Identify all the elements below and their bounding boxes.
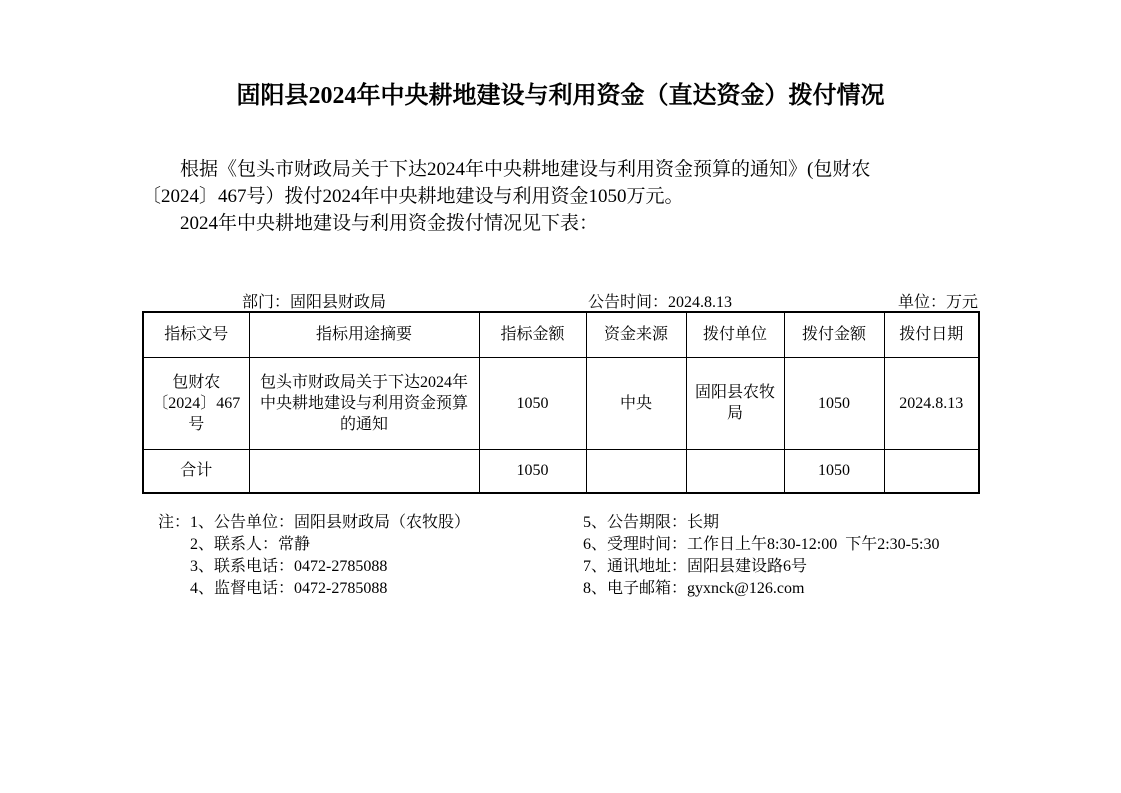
intro-paragraph-2: 2024年中央耕地建设与利用资金拨付情况见下表： <box>142 210 986 237</box>
note-office-hours: 6、受理时间：工作日上午8:30-12:00 下午2:30-5:30 <box>583 534 939 556</box>
header-indicator-doc-no: 指标文号 <box>143 312 249 357</box>
header-payment-amount: 拨付金额 <box>784 312 884 357</box>
cell-fund-source: 中央 <box>586 357 686 449</box>
meta-announce-time: 公告时间：2024.8.13 <box>588 289 732 312</box>
document-title: 固阳县2024年中央耕地建设与利用资金（直达资金）拨付情况 <box>0 80 1121 112</box>
total-fund-source <box>586 449 686 493</box>
total-payee-unit <box>686 449 784 493</box>
note-announce-unit: 1、公告单位：固阳县财政局（农牧股） <box>190 512 470 534</box>
notes-section: 注： 1、公告单位：固阳县财政局（农牧股） 2、联系人：常静 3、联系电话：04… <box>158 512 988 600</box>
total-payment-date <box>884 449 979 493</box>
notes-right-column: 5、公告期限：长期 6、受理时间：工作日上午8:30-12:00 下午2:30-… <box>583 512 939 600</box>
table-meta-row: 部门：固阳县财政局 公告时间：2024.8.13 单位：万元 <box>142 289 978 312</box>
note-mail-address: 7、通讯地址：固阳县建设路6号 <box>583 556 939 578</box>
notes-prefix: 注： <box>158 512 190 534</box>
meta-unit: 单位：万元 <box>898 289 978 312</box>
cell-payment-amount: 1050 <box>784 357 884 449</box>
cell-payment-date: 2024.8.13 <box>884 357 979 449</box>
total-payment-amount: 1050 <box>784 449 884 493</box>
cell-payee-unit: 固阳县农牧局 <box>686 357 784 449</box>
meta-department: 部门：固阳县财政局 <box>242 289 386 312</box>
table-header-row: 指标文号 指标用途摘要 指标金额 资金来源 拨付单位 拨付金额 拨付日期 <box>143 312 979 357</box>
header-indicator-purpose: 指标用途摘要 <box>249 312 479 357</box>
header-payment-date: 拨付日期 <box>884 312 979 357</box>
cell-indicator-amount: 1050 <box>479 357 586 449</box>
note-contact-person: 2、联系人：常静 <box>190 534 470 556</box>
note-email: 8、电子邮箱：gyxnck@126.com <box>583 578 939 600</box>
cell-indicator-doc-no: 包财农〔2024〕467号 <box>143 357 249 449</box>
header-indicator-amount: 指标金额 <box>479 312 586 357</box>
cell-indicator-purpose: 包头市财政局关于下达2024年中央耕地建设与利用资金预算的通知 <box>249 357 479 449</box>
table-row-total: 合计 1050 1050 <box>143 449 979 493</box>
total-indicator-purpose <box>249 449 479 493</box>
total-label: 合计 <box>143 449 249 493</box>
note-contact-phone: 3、联系电话：0472-2785088 <box>190 556 470 578</box>
intro-text: 根据《包头市财政局关于下达2024年中央耕地建设与利用资金预算的通知》(包财农 … <box>142 156 986 237</box>
header-fund-source: 资金来源 <box>586 312 686 357</box>
note-announce-period: 5、公告期限：长期 <box>583 512 939 534</box>
note-supervise-phone: 4、监督电话：0472-2785088 <box>190 578 470 600</box>
allocation-table: 指标文号 指标用途摘要 指标金额 资金来源 拨付单位 拨付金额 拨付日期 包财农… <box>142 311 980 494</box>
table-row: 包财农〔2024〕467号 包头市财政局关于下达2024年中央耕地建设与利用资金… <box>143 357 979 449</box>
document-page: 固阳县2024年中央耕地建设与利用资金（直达资金）拨付情况 根据《包头市财政局关… <box>0 0 1121 793</box>
total-indicator-amount: 1050 <box>479 449 586 493</box>
notes-left-items: 1、公告单位：固阳县财政局（农牧股） 2、联系人：常静 3、联系电话：0472-… <box>190 512 470 600</box>
intro-paragraph-1: 根据《包头市财政局关于下达2024年中央耕地建设与利用资金预算的通知》(包财农 … <box>142 156 986 210</box>
header-payee-unit: 拨付单位 <box>686 312 784 357</box>
